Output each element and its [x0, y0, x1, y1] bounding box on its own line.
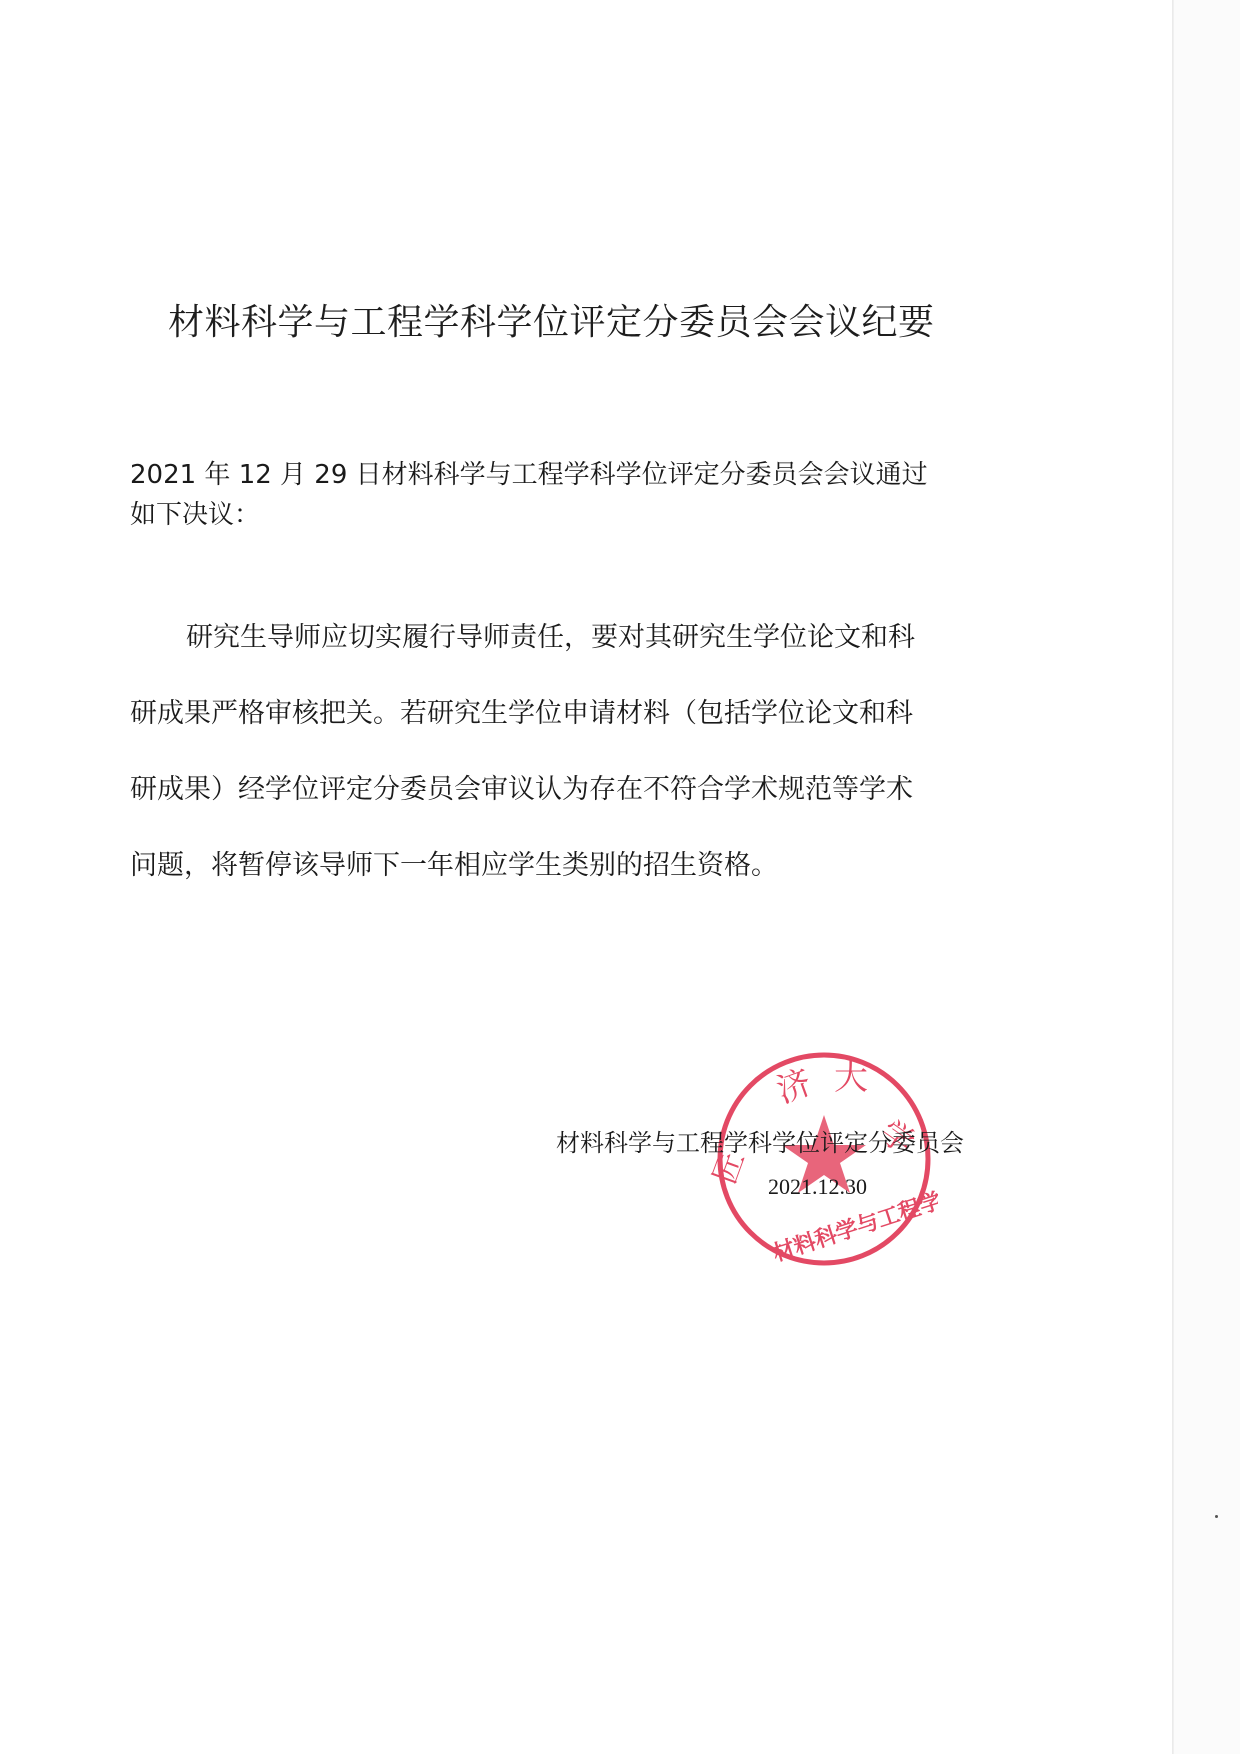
scan-edge-line	[1172, 0, 1174, 1754]
issuer-signature: 材料科学与工程学科学位评定分委员会	[556, 1127, 964, 1159]
paragraph-line: 研究生导师应切实履行导师责任，要对其研究生学位论文和科	[130, 600, 1000, 676]
signature-date: 2021.12.30	[768, 1172, 867, 1202]
paragraph-line: 问题，将暂停该导师下一年相应学生类别的招生资格。	[130, 828, 1000, 904]
paragraph-line: 研成果严格审核把关。若研究生学位申请材料（包括学位论文和科	[130, 676, 1000, 752]
stamp-char: 济	[771, 1062, 817, 1111]
document-title: 材料科学与工程学科学位评定分委员会会议纪要	[168, 300, 968, 346]
scan-margin	[1174, 0, 1240, 1754]
paragraph-line: 研成果）经学位评定分委员会审议认为存在不符合学术规范等学术	[130, 752, 1000, 828]
stamp-char: 大	[834, 1058, 868, 1098]
document-page: 材料科学与工程学科学位评定分委员会会议纪要 2021 年 12 月 29 日材料…	[0, 0, 1240, 1754]
resolution-paragraph: 研究生导师应切实履行导师责任，要对其研究生学位论文和科 研成果严格审核把关。若研…	[130, 600, 1000, 904]
intro-paragraph: 2021 年 12 月 29 日材料科学与工程学科学位评定分委员会会议通过 如下…	[130, 455, 1000, 535]
intro-line: 如下决议：	[130, 495, 1000, 535]
scan-speck	[1215, 1515, 1218, 1518]
official-seal-icon: 济 大 学 匠 材料科学与工程学院	[710, 1045, 938, 1273]
intro-line: 2021 年 12 月 29 日材料科学与工程学科学位评定分委员会会议通过	[130, 455, 1000, 495]
